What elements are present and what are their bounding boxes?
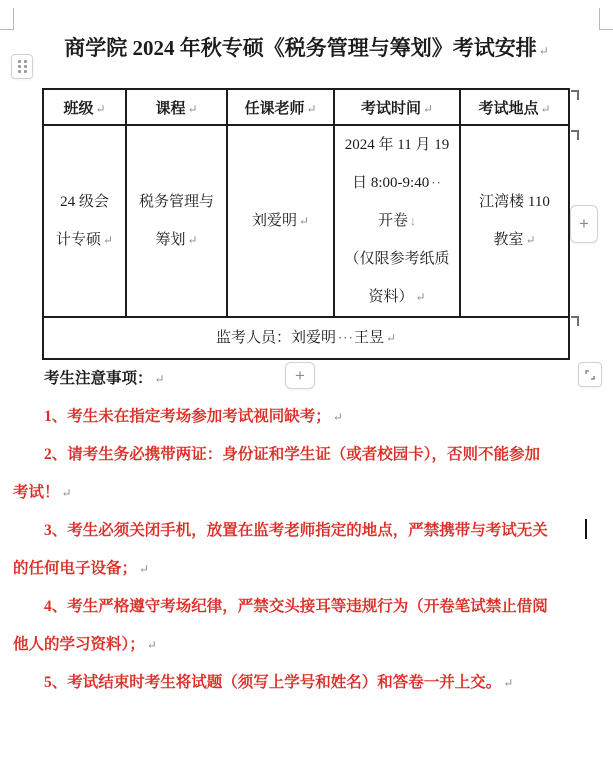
paragraph-mark: ↵ — [187, 102, 197, 116]
row-end-mark — [571, 316, 579, 326]
soft-break-mark: ↓ — [410, 214, 416, 228]
paragraph-mark: ↵ — [306, 102, 316, 116]
column-header-class: 班级↵ — [43, 89, 126, 125]
paragraph-mark: ↵ — [503, 676, 513, 690]
plus-icon: + — [579, 214, 589, 234]
column-header-exam-location: 考试地点↵ — [460, 89, 569, 125]
note-item-1: 1、考生未在指定考场参加考试视同缺考；↵ — [13, 398, 607, 436]
paragraph-mark: ↵ — [525, 233, 535, 247]
note-item-2-line-1: 2、请考生务必携带两证：身份证和学生证（或者校园卡），否则不能参加 — [13, 436, 607, 474]
note-item-2-line-2: 考试！↵ — [13, 474, 607, 512]
table-header-row: 班级↵ 课程↵ 任课老师↵ 考试时间↵ 考试地点↵ — [43, 89, 569, 125]
table-data-row: 24 级会 计专硕↵ 税务管理与 筹划↵ 刘爱明↵ 2024 年 11 月 19… — [43, 125, 569, 317]
paragraph-mark: ↵ — [540, 102, 550, 116]
page-title: 商学院 2024 年秋专硕《税务管理与筹划》考试安排↵ — [0, 34, 613, 65]
notes-section: 考生注意事项：↵ 1、考生未在指定考场参加考试视同缺考；↵ 2、请考生务必携带两… — [13, 360, 607, 702]
margin-corner-mark-left — [0, 8, 14, 30]
paragraph-mark: ↵ — [299, 214, 309, 228]
paragraph-mark: ↵ — [423, 102, 433, 116]
paragraph-mark: ↵ — [95, 102, 105, 116]
cell-teacher[interactable]: 刘爱明↵ — [227, 125, 334, 317]
note-item-4-line-2: 他人的学习资料）；↵ — [13, 626, 607, 664]
paragraph-mark: ↵ — [62, 486, 72, 500]
text-cursor — [585, 519, 587, 539]
note-item-3-line-2: 的任何电子设备；↵ — [13, 550, 607, 588]
document-page: 商学院 2024 年秋专硕《税务管理与筹划》考试安排↵ 班级↵ 课程↵ 任课老师… — [0, 0, 613, 771]
cell-class[interactable]: 24 级会 计专硕↵ — [43, 125, 126, 317]
cell-exam-location[interactable]: 江湾楼 110 教室↵ — [460, 125, 569, 317]
paragraph-mark: ↵ — [187, 233, 197, 247]
note-item-5: 5、考试结束时考生将试题（须写上学号和姓名）和答卷一并上交。↵ — [13, 664, 607, 702]
note-item-4-line-1: 4、考生严格遵守考场纪律，严禁交头接耳等违规行为（开卷笔试禁止借阅 — [13, 588, 607, 626]
cell-course[interactable]: 税务管理与 筹划↵ — [126, 125, 227, 317]
cell-invigilators[interactable]: 监考人员：刘爱明···王昱↵ — [43, 317, 569, 359]
paragraph-mark: ↵ — [386, 331, 396, 345]
notes-heading: 考生注意事项：↵ — [13, 360, 607, 398]
space-marks: ·· — [431, 175, 442, 190]
note-item-3-line-1: 3、考生必须关闭手机，放置在监考老师指定的地点，严禁携带与考试无关 — [13, 512, 607, 550]
cell-exam-time[interactable]: 2024 年 11 月 19 日 8:00-9:40·· 开卷↓ （仅限参考纸质… — [334, 125, 460, 317]
column-header-exam-time: 考试时间↵ — [334, 89, 460, 125]
insert-column-button[interactable]: + — [570, 205, 598, 243]
paragraph-mark: ↵ — [539, 44, 549, 58]
row-end-mark — [571, 90, 579, 100]
paragraph-mark: ↵ — [415, 290, 425, 304]
space-marks: ··· — [338, 330, 354, 345]
row-end-mark — [571, 130, 579, 140]
paragraph-mark: ↵ — [139, 562, 149, 576]
column-header-teacher: 任课老师↵ — [227, 89, 334, 125]
margin-corner-mark-right — [599, 8, 613, 30]
column-header-course: 课程↵ — [126, 89, 227, 125]
paragraph-mark: ↵ — [147, 638, 157, 652]
exam-schedule-table[interactable]: 班级↵ 课程↵ 任课老师↵ 考试时间↵ 考试地点↵ 24 级会 计专硕↵ 税务管… — [42, 88, 570, 360]
paragraph-mark: ↵ — [333, 410, 343, 424]
paragraph-mark: ↵ — [155, 372, 165, 386]
paragraph-mark: ↵ — [103, 233, 113, 247]
invigilator-row: 监考人员：刘爱明···王昱↵ — [43, 317, 569, 359]
